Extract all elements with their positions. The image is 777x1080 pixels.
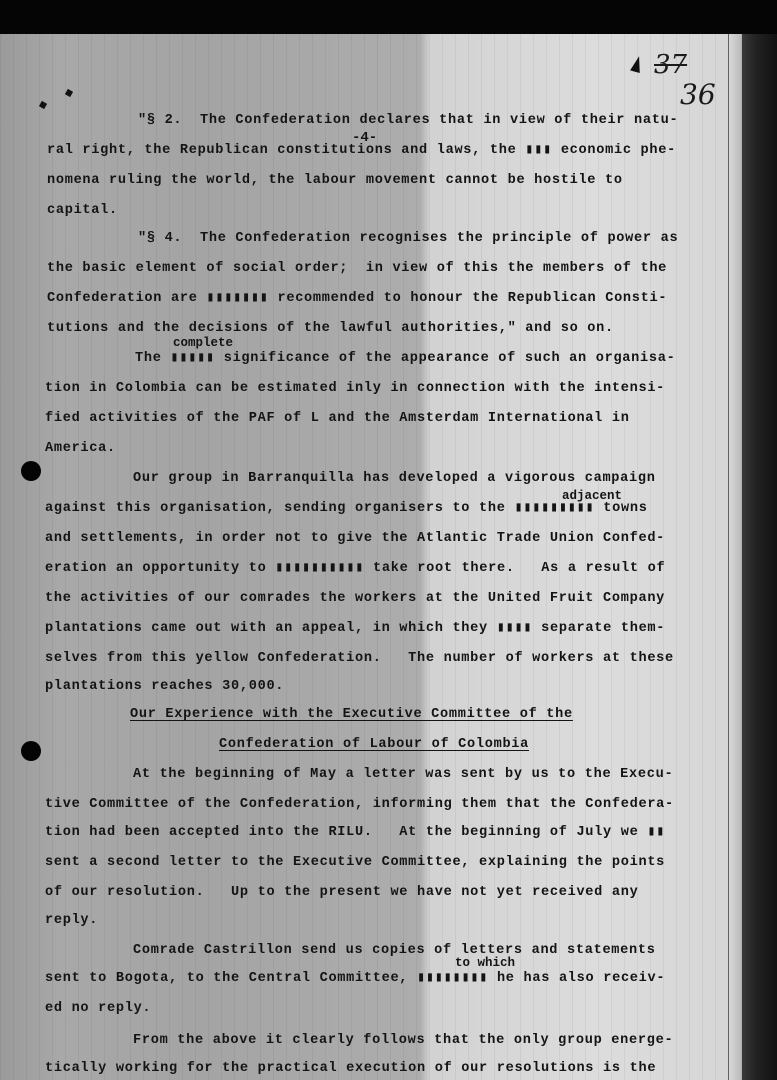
scan-right-border <box>742 34 777 1080</box>
text-line: nomena ruling the world, the labour move… <box>47 172 623 190</box>
section-heading: Our Experience with the Executive Commit… <box>130 706 573 724</box>
typewritten-page: -4- "§ 2. The Confederation declares tha… <box>0 34 742 1080</box>
text-line: reply. <box>45 912 98 930</box>
text-line: Our group in Barranquilla has developed … <box>133 470 656 488</box>
folio-struck: 37 <box>654 50 687 80</box>
text-line: tion had been accepted into the RILU. At… <box>45 824 665 842</box>
text-line: tion in Colombia can be estimated inly i… <box>45 380 665 398</box>
text-line: Comrade Castrillon send us copies of let… <box>133 942 656 960</box>
interlinear-correction: adjacent <box>562 489 622 503</box>
text-line: the activities of our comrades the worke… <box>45 590 665 608</box>
text-line: capital. <box>47 202 118 220</box>
margin-rule <box>728 34 729 1080</box>
text-line: America. <box>45 440 116 458</box>
text-line: of our resolution. Up to the present we … <box>45 884 638 902</box>
text-line: tutions and the decisions of the lawful … <box>47 320 614 338</box>
punch-hole-upper <box>21 461 41 481</box>
text-line: tically working for the practical execut… <box>45 1060 656 1078</box>
text-line: The ▮▮▮▮▮ significance of the appearance… <box>135 350 675 368</box>
scan-top-border <box>0 0 777 34</box>
text-line: fied activities of the PAF of L and the … <box>45 410 630 428</box>
text-line: tive Committee of the Confederation, inf… <box>45 796 674 814</box>
punch-hole-lower <box>21 741 41 761</box>
text-line: against this organisation, sending organ… <box>45 500 648 518</box>
text-line: plantations reaches 30,000. <box>45 678 284 696</box>
text-line: ed no reply. <box>45 1000 151 1018</box>
text-line: sent to Bogota, to the Central Committee… <box>45 970 665 988</box>
text-line: "§ 2. The Confederation declares that in… <box>138 112 678 130</box>
interlinear-correction: to which <box>455 956 515 970</box>
text-line: and settlements, in order not to give th… <box>45 530 665 548</box>
section-heading: Confederation of Labour of Colombia <box>219 736 529 754</box>
text-line: "§ 4. The Confederation recognises the p… <box>138 230 678 248</box>
text-line: At the beginning of May a letter was sen… <box>133 766 673 784</box>
folio-current: 36 <box>680 78 716 111</box>
text-line: selves from this yellow Confederation. T… <box>45 650 674 668</box>
interlinear-correction: complete <box>173 336 233 350</box>
text-line: Confederation are ▮▮▮▮▮▮▮ recommended to… <box>47 290 667 308</box>
text-line: sent a second letter to the Executive Co… <box>45 854 665 872</box>
text-line: plantations came out with an appeal, in … <box>45 620 665 638</box>
text-line: eration an opportunity to ▮▮▮▮▮▮▮▮▮▮ tak… <box>45 560 665 578</box>
text-line: ral right, the Republican constitutions … <box>47 142 676 160</box>
text-line: the basic element of social order; in vi… <box>47 260 667 278</box>
text-line: From the above it clearly follows that t… <box>133 1032 673 1050</box>
